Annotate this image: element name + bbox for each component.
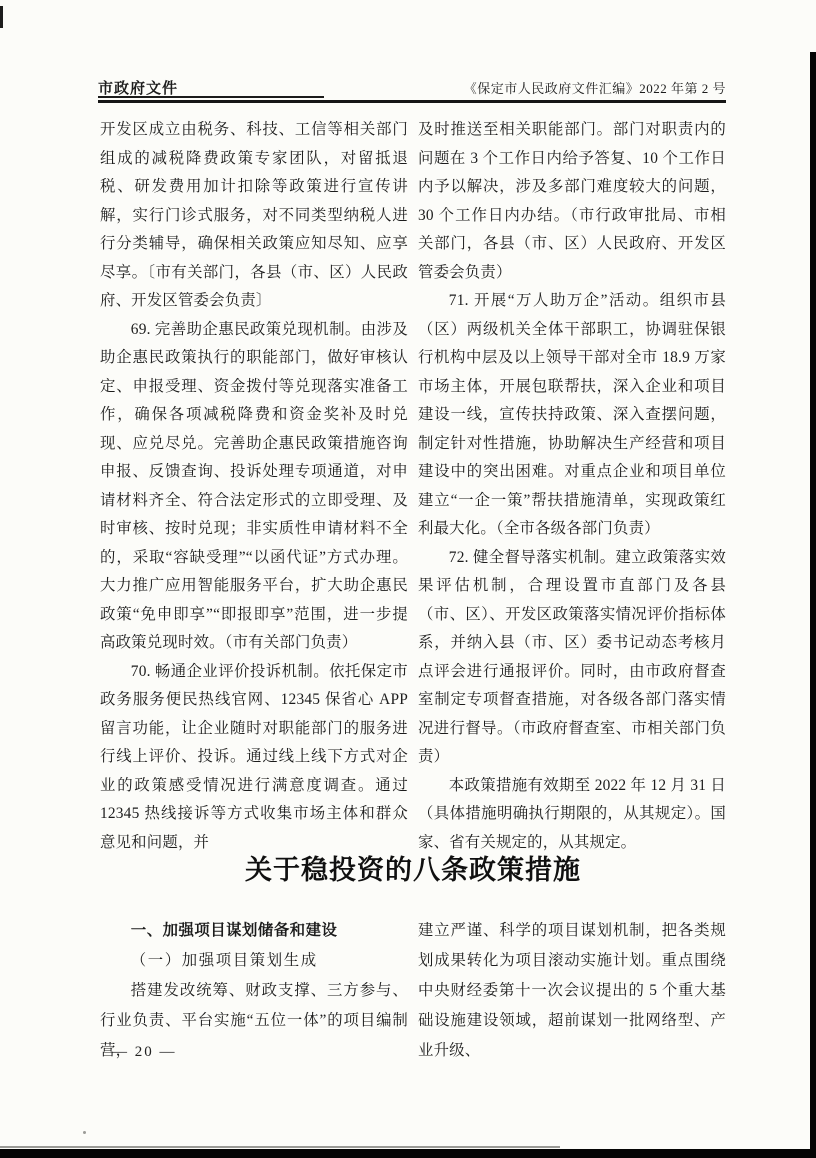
paragraph: 69. 完善助企惠民政策兑现机制。由涉及助企惠民政策执行的职能部门，做好审核认定… — [100, 316, 408, 658]
scan-speck — [83, 1131, 86, 1134]
header-rule-full — [98, 100, 726, 103]
scan-line-bottom — [0, 1146, 560, 1148]
header-rule-short — [98, 96, 324, 98]
paragraph: 71. 开展“万人助万企”活动。组织市县（区）两级机关全体干部职工，协调驻保银行… — [418, 287, 726, 544]
paragraph: 建立严谨、科学的项目谋划机制，把各类规划成果转化为项目滚动实施计划。重点围绕中央… — [418, 916, 726, 1066]
paragraph: 开发区成立由税务、科技、工信等相关部门组成的减税降费政策专家团队，对留抵退税、研… — [100, 116, 408, 316]
scan-edge-bottom — [0, 1149, 816, 1158]
paragraph: 72. 健全督导落实机制。建立政策落实效果评估机制，合理设置市直部门及各县（市、… — [418, 544, 726, 772]
paragraph: 本政策措施有效期至 2022 年 12 月 31 日（具体措施明确执行期限的，从… — [418, 772, 726, 858]
article-bottom: 一、加强项目谋划储备和建设（一）加强项目策划生成搭建发改统筹、财政支撑、三方参与… — [100, 916, 726, 1066]
article-top: 开发区成立由税务、科技、工信等相关部门组成的减税降费政策专家团队，对留抵退税、研… — [100, 116, 726, 857]
scan-mark-top-left — [0, 6, 3, 28]
document-page: 市政府文件 《保定市人民政府文件汇编》2022 年第 2 号 开发区成立由税务、… — [0, 0, 816, 1158]
footer-page-number: — 20 — — [112, 1044, 177, 1061]
subsection-heading: （一）加强项目策划生成 — [100, 946, 408, 976]
paragraph: 及时推送至相关职能部门。部门对职责内的问题在 3 个工作日内给予答复、10 个工… — [418, 116, 726, 287]
scan-edge-right — [810, 52, 816, 1158]
header-right-label: 《保定市人民政府文件汇编》2022 年第 2 号 — [464, 78, 726, 98]
header-left-label: 市政府文件 — [98, 77, 178, 98]
page-header: 市政府文件 《保定市人民政府文件汇编》2022 年第 2 号 — [98, 76, 726, 98]
paragraph: 70. 畅通企业评价投诉机制。依托保定市政务服务便民热线官网、12345 保省心… — [100, 658, 408, 858]
article-top-right-column: 及时推送至相关职能部门。部门对职责内的问题在 3 个工作日内给予答复、10 个工… — [418, 116, 726, 857]
article-bottom-right-column: 建立严谨、科学的项目谋划机制，把各类规划成果转化为项目滚动实施计划。重点围绕中央… — [418, 916, 726, 1066]
article-title: 关于稳投资的八条政策措施 — [100, 848, 726, 887]
article-top-left-column: 开发区成立由税务、科技、工信等相关部门组成的减税降费政策专家团队，对留抵退税、研… — [100, 116, 408, 857]
section-heading: 一、加强项目谋划储备和建设 — [100, 916, 408, 946]
